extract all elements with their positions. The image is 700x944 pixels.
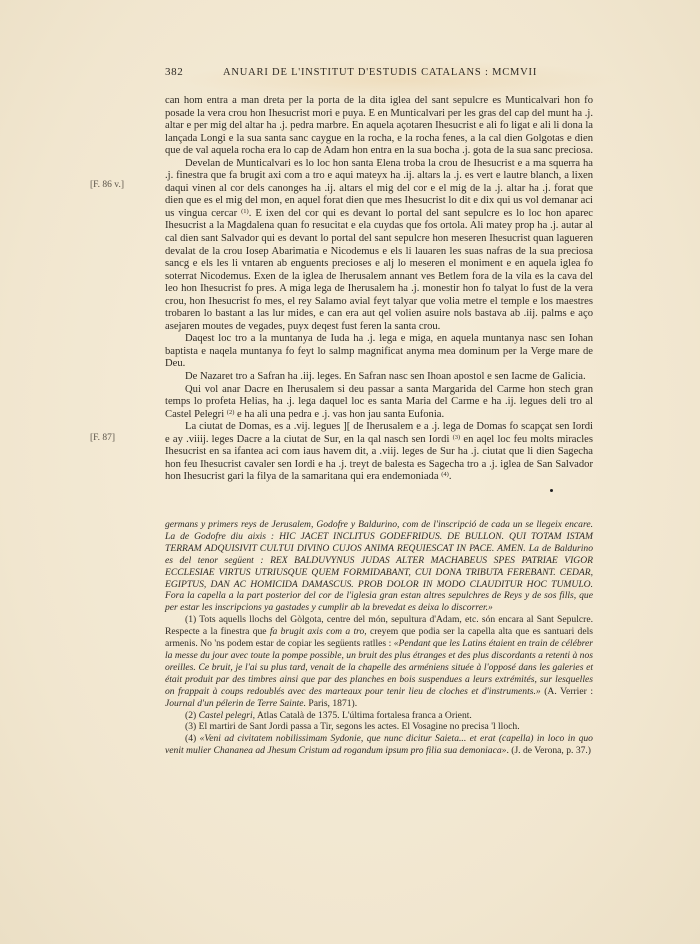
paragraph: Daqest loc tro a la muntanya de Iuda ha … (165, 333, 593, 371)
footnote-ref[interactable]: (2) (227, 409, 235, 416)
running-title: ANUARI DE L'INSTITUT D'ESTUDIS CATALANS … (223, 67, 537, 78)
paragraph: La ciutat de Domas, es a .vij. legues ][… (165, 421, 593, 484)
page-header: 382 ANUARI DE L'INSTITUT D'ESTUDIS CATAL… (165, 66, 585, 82)
page-number: 382 (165, 66, 183, 78)
footnote-4: (4) «Veni ad civitatem nobilissimam Sydo… (165, 733, 593, 757)
paragraph: Qui vol anar Dacre en Iherusalem si deu … (165, 384, 593, 422)
page: 382 ANUARI DE L'INSTITUT D'ESTUDIS CATAL… (0, 0, 700, 944)
folio-marker-87: [F. 87] (90, 433, 115, 443)
main-text: can hom entra a man dreta per la porta d… (165, 95, 593, 484)
footnote-2: (2) Castel pelegri, Atlas Català de 1375… (165, 710, 593, 722)
footnote-ref[interactable]: (3) (453, 434, 461, 441)
footnote-3: (3) El martiri de Sant Jordi passa a Tir… (165, 721, 593, 733)
ink-speck (550, 489, 553, 492)
paragraph: De Nazaret tro a Safran ha .iij. leges. … (165, 371, 593, 384)
paragraph: Develan de Munticalvari es lo loc hon sa… (165, 158, 593, 334)
footnote-continuation: germans y primers reys de Jerusalem, God… (165, 519, 593, 614)
footnote-ref[interactable]: (1) (241, 208, 249, 215)
footnote-ref[interactable]: (4) (441, 471, 449, 478)
footnote-1: (1) Tots aquells llochs del Gòlgota, cen… (165, 614, 593, 709)
footnotes: germans y primers reys de Jerusalem, God… (165, 519, 593, 757)
paragraph: can hom entra a man dreta per la porta d… (165, 95, 593, 158)
folio-marker-86v: [F. 86 v.] (90, 180, 124, 190)
